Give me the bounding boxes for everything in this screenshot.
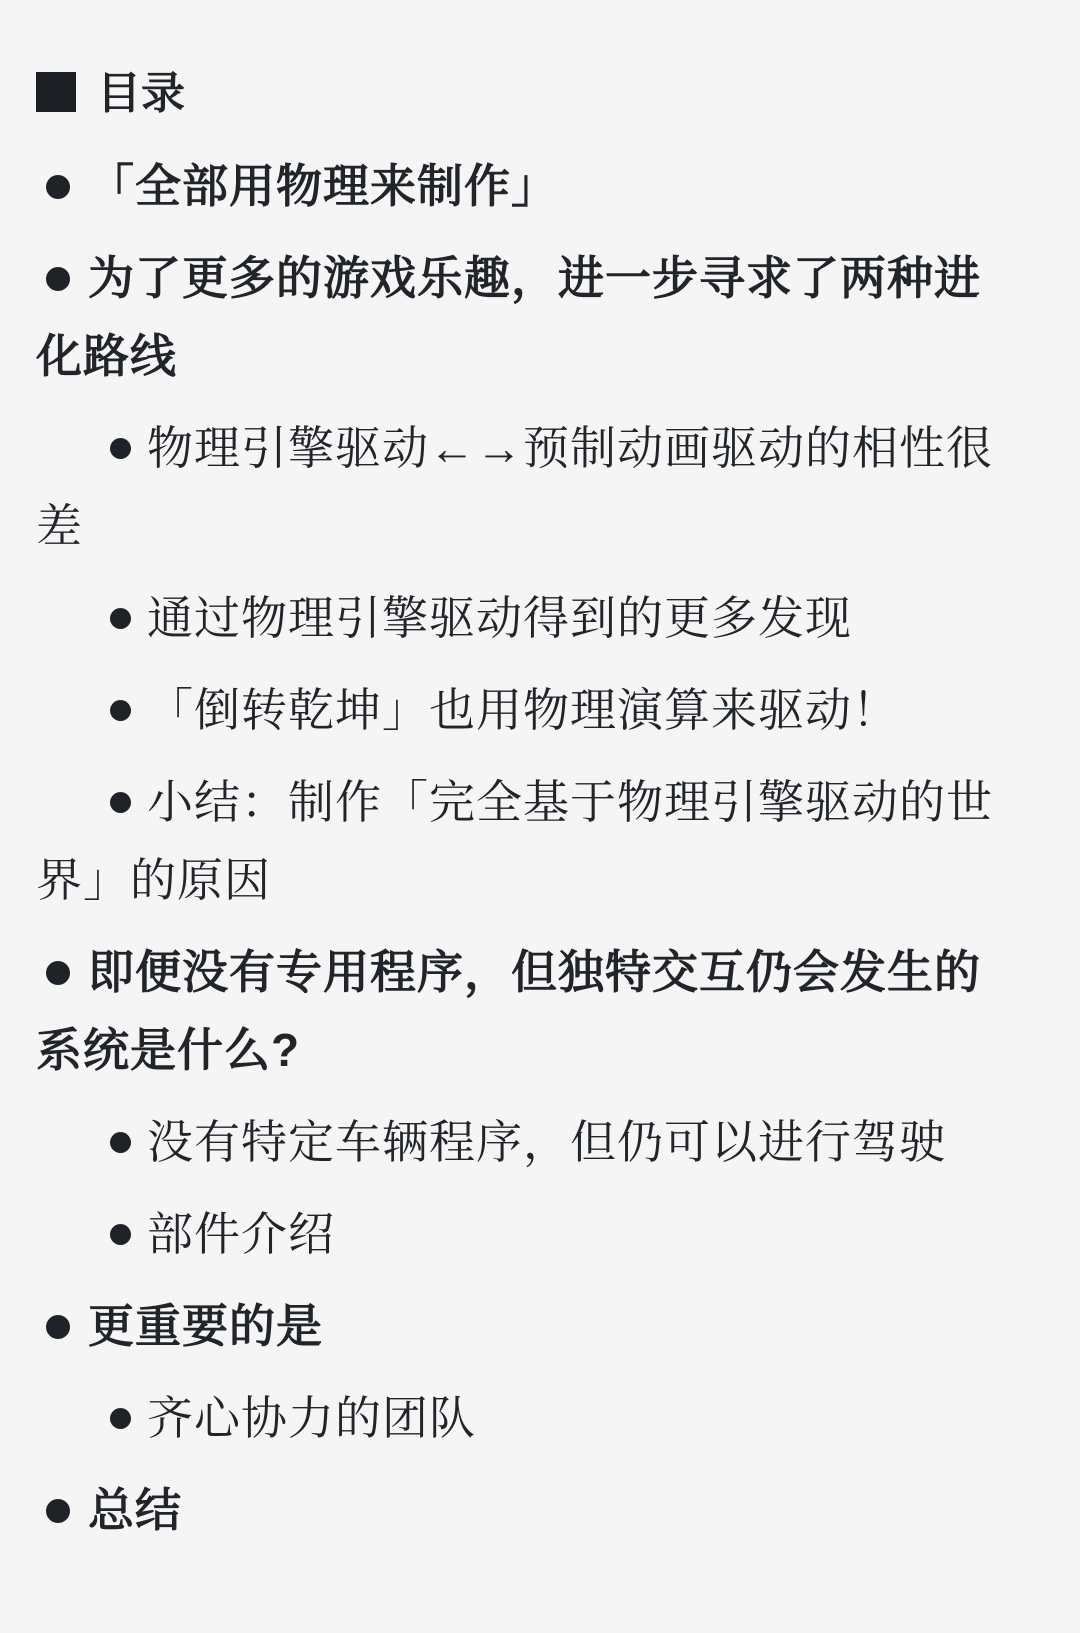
toc-title: 目录 (97, 69, 185, 118)
toc-item-text: 没有特定车辆程序，但仍可以进行驾驶 (147, 1116, 946, 1168)
bullet-dot-icon (110, 792, 131, 813)
bullet-dot-icon (110, 700, 131, 721)
toc-item-text: 化路线 (36, 330, 177, 382)
bullet-dot-icon (110, 608, 131, 629)
toc-item: 通过物理引擎驱动得到的更多发现 (36, 579, 1044, 657)
square-marker-icon (36, 72, 76, 112)
toc-item: 物理引擎驱动←→预制动画驱动的相性很差 (36, 409, 1044, 565)
toc-item: 「全部用物理来制作」 (36, 147, 1044, 225)
toc-item-line: 部件介绍 (36, 1195, 1044, 1273)
toc-list: 「全部用物理来制作」为了更多的游戏乐趣，进一步寻求了两种进化路线物理引擎驱动←→… (36, 147, 1044, 1549)
toc-item-line: 「全部用物理来制作」 (36, 147, 1044, 225)
toc-item-line: 为了更多的游戏乐趣，进一步寻求了两种进 (36, 239, 1044, 317)
toc-item: 总结 (36, 1471, 1044, 1549)
toc-item-text: 部件介绍 (147, 1208, 335, 1260)
toc-item-text: 总结 (88, 1484, 182, 1536)
bullet-dot-icon (110, 1224, 131, 1245)
toc-header: 目录 (36, 55, 1044, 133)
toc-item: 即便没有专用程序，但独特交互仍会发生的系统是什么? (36, 933, 1044, 1089)
toc-item-line: 总结 (36, 1471, 1044, 1549)
toc-item-line: 通过物理引擎驱动得到的更多发现 (36, 579, 1044, 657)
bullet-dot-icon (46, 1499, 70, 1523)
toc-item-text: 物理引擎驱动←→预制动画驱动的相性很 (147, 422, 993, 474)
bullet-dot-icon (46, 175, 70, 199)
toc-item-text: 系统是什么? (36, 1024, 300, 1076)
toc-item: 为了更多的游戏乐趣，进一步寻求了两种进化路线 (36, 239, 1044, 395)
toc-item-wrap-line: 界」的原因 (36, 841, 1044, 919)
toc-item-line: 没有特定车辆程序，但仍可以进行驾驶 (36, 1103, 1044, 1181)
toc-item-text: 更重要的是 (88, 1300, 323, 1352)
toc-item-text: 为了更多的游戏乐趣，进一步寻求了两种进 (88, 252, 981, 304)
toc-item-text: 「全部用物理来制作」 (88, 160, 558, 212)
toc-item-line: 「倒转乾坤」也用物理演算来驱动！ (36, 671, 1044, 749)
toc-item-wrap-line: 化路线 (36, 317, 1044, 395)
toc-item: 没有特定车辆程序，但仍可以进行驾驶 (36, 1103, 1044, 1181)
bullet-dot-icon (46, 267, 70, 291)
toc-item-wrap-line: 系统是什么? (36, 1011, 1044, 1089)
toc-item-line: 小结：制作「完全基于物理引擎驱动的世 (36, 763, 1044, 841)
toc-item: 齐心协力的团队 (36, 1379, 1044, 1457)
bullet-dot-icon (110, 1408, 131, 1429)
bullet-dot-icon (110, 1132, 131, 1153)
article-page: 目录 「全部用物理来制作」为了更多的游戏乐趣，进一步寻求了两种进化路线物理引擎驱… (0, 0, 1080, 1633)
toc-item-line: 物理引擎驱动←→预制动画驱动的相性很 (36, 409, 1044, 487)
toc-item-text: 界」的原因 (36, 854, 271, 906)
toc-item-text: 齐心协力的团队 (147, 1392, 476, 1444)
toc-item: 更重要的是 (36, 1287, 1044, 1365)
toc-item-text: 通过物理引擎驱动得到的更多发现 (147, 592, 852, 644)
toc-item: 小结：制作「完全基于物理引擎驱动的世界」的原因 (36, 763, 1044, 919)
toc-item-line: 即便没有专用程序，但独特交互仍会发生的 (36, 933, 1044, 1011)
bullet-dot-icon (110, 438, 131, 459)
toc-item-line: 齐心协力的团队 (36, 1379, 1044, 1457)
toc-item-line: 更重要的是 (36, 1287, 1044, 1365)
bullet-dot-icon (46, 961, 70, 985)
toc-item-text: 「倒转乾坤」也用物理演算来驱动！ (147, 684, 899, 736)
bullet-dot-icon (46, 1315, 70, 1339)
toc-item-text: 差 (36, 500, 83, 552)
toc-item-wrap-line: 差 (36, 487, 1044, 565)
toc-item: 部件介绍 (36, 1195, 1044, 1273)
toc-item-text: 小结：制作「完全基于物理引擎驱动的世 (147, 776, 993, 828)
toc-item: 「倒转乾坤」也用物理演算来驱动！ (36, 671, 1044, 749)
toc-item-text: 即便没有专用程序，但独特交互仍会发生的 (88, 946, 981, 998)
